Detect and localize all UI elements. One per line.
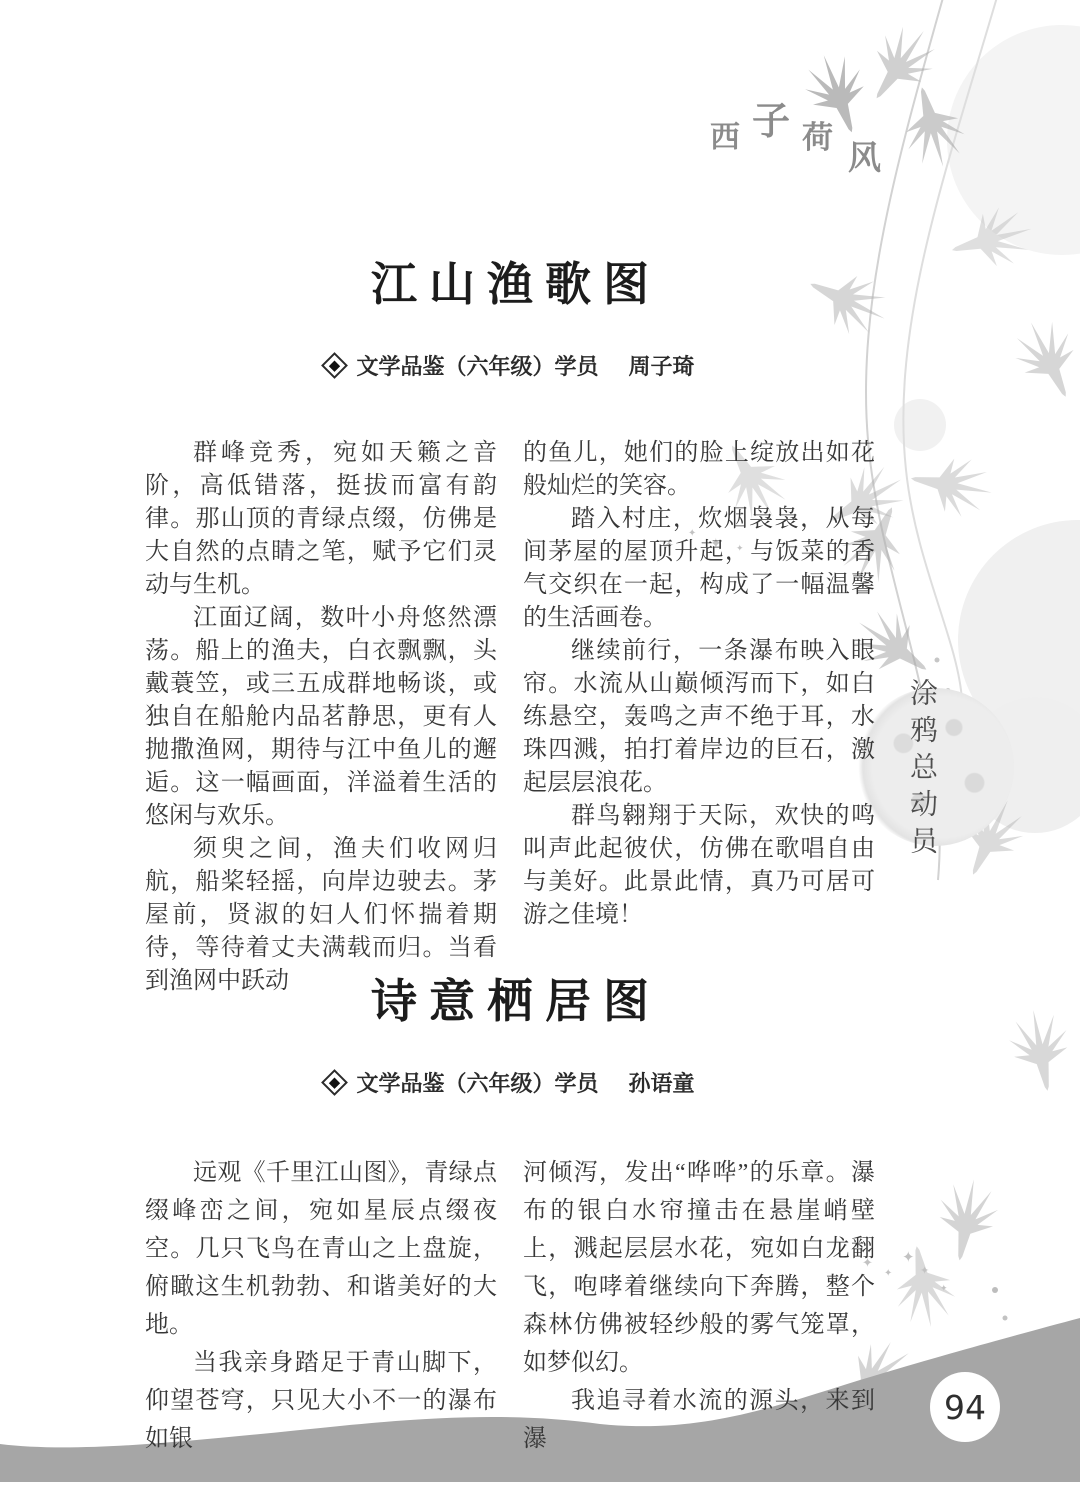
dot (935, 658, 940, 663)
paragraph: 河倾泻，发出“哗哗”的乐章。瀑布的银白水帘撞击在悬崖峭壁上，溅起层层水花，宛如白… (523, 1154, 875, 1382)
maple-leaf-icon (931, 1175, 1003, 1266)
sparkle-icon: ✦ (902, 1248, 915, 1266)
paragraph: 我追寻着水流的源头，来到瀑 (523, 1382, 875, 1458)
maple-leaf-icon (1005, 1005, 1077, 1096)
byline-program: 文学品鉴（六年级）学员 (356, 350, 598, 381)
dot (992, 1287, 998, 1293)
paragraph: 踏入村庄，炊烟袅袅，从每间茅屋的屋顶升起，与饭菜的香气交织在一起，构成了一幅温馨… (523, 503, 875, 635)
masthead-char: 子 (752, 90, 790, 145)
page-number: 94 (944, 1388, 986, 1427)
paragraph: 继续前行，一条瀑布映入眼帘。水流从山巅倾泻而下，如白练悬空，轰鸣之声不绝于耳，水… (523, 635, 875, 800)
diamond-bullet-icon (322, 1069, 349, 1096)
article-jiangshan-yuge: 江山渔歌图 文学品鉴（六年级）学员 周子琦 群峰竞秀，宛如天籁之音阶，高低错落，… (145, 248, 875, 998)
text-column-left: 远观《千里江山图》，青绿点缀峰峦之间，宛如星辰点缀夜空。几只飞鸟在青山之上盘旋，… (145, 1154, 497, 1458)
sparkle-icon: ✦ (884, 1268, 892, 1279)
paragraph: 群鸟翱翔于天际，欢快的鸣叫声此起彼伏，仿佛在歌唱自由与美好。此景此情，真乃可居可… (523, 800, 875, 932)
text-column-right: 的鱼儿，她们的脸上绽放出如花般灿烂的笑容。 踏入村庄，炊烟袅袅，从每间茅屋的屋顶… (523, 437, 875, 998)
article-title: 江山渔歌图 (145, 248, 875, 314)
article-shiyi-qiju: 诗意栖居图 文学品鉴（六年级）学员 孙语童 远观《千里江山图》，青绿点缀峰峦之间… (145, 965, 875, 1458)
bubble (894, 399, 946, 451)
maple-leaf-icon (906, 450, 997, 522)
maple-leaf-icon (888, 1241, 960, 1332)
dot (1003, 1316, 1008, 1321)
paragraph: 远观《千里江山图》，青绿点缀峰峦之间，宛如星辰点缀夜空。几只飞鸟在青山之上盘旋，… (145, 1154, 497, 1344)
paragraph: 江面辽阔，数叶小舟悠然漂荡。船上的渔夫，白衣飘飘，头戴蓑笠，或三五成群地畅谈，或… (145, 602, 497, 833)
masthead-char: 荷 (802, 112, 833, 157)
masthead-char: 风 (848, 132, 881, 179)
maple-leaf-icon (1005, 310, 1080, 409)
diamond-bullet-icon (322, 352, 349, 379)
byline-author: 周子琦 (629, 350, 695, 381)
byline-program: 文学品鉴（六年级）学员 (356, 1067, 598, 1098)
text-column-left: 群峰竞秀，宛如天籁之音阶，高低错落，挺拔而富有韵律。那山顶的青绿点缀，仿佛是大自… (145, 437, 497, 998)
masthead-char: 西 (710, 112, 740, 156)
byline-author: 孙语童 (629, 1067, 695, 1098)
byline: 文学品鉴（六年级）学员 周子琦 (145, 350, 875, 381)
column-vertical-label: 涂鸦总动员 (902, 678, 942, 863)
paragraph: 群峰竞秀，宛如天籁之音阶，高低错落，挺拔而富有韵律。那山顶的青绿点缀，仿佛是大自… (145, 437, 497, 602)
paragraph: 的鱼儿，她们的脸上绽放出如花般灿烂的笑容。 (523, 437, 875, 503)
sparkle-icon: ✦ (940, 1284, 948, 1294)
page-number-badge: 94 (930, 1372, 1000, 1442)
article-title: 诗意栖居图 (145, 965, 875, 1031)
text-column-right: 河倾泻，发出“哗哗”的乐章。瀑布的银白水帘撞击在悬崖峭壁上，溅起层层水花，宛如白… (523, 1154, 875, 1458)
sparkle-icon: ✦ (920, 1264, 929, 1277)
bubble (947, 25, 1080, 255)
byline: 文学品鉴（六年级）学员 孙语童 (145, 1067, 875, 1098)
paragraph: 当我亲身踏足于青山脚下，仰望苍穹，只见大小不一的瀑布如银 (145, 1344, 497, 1458)
